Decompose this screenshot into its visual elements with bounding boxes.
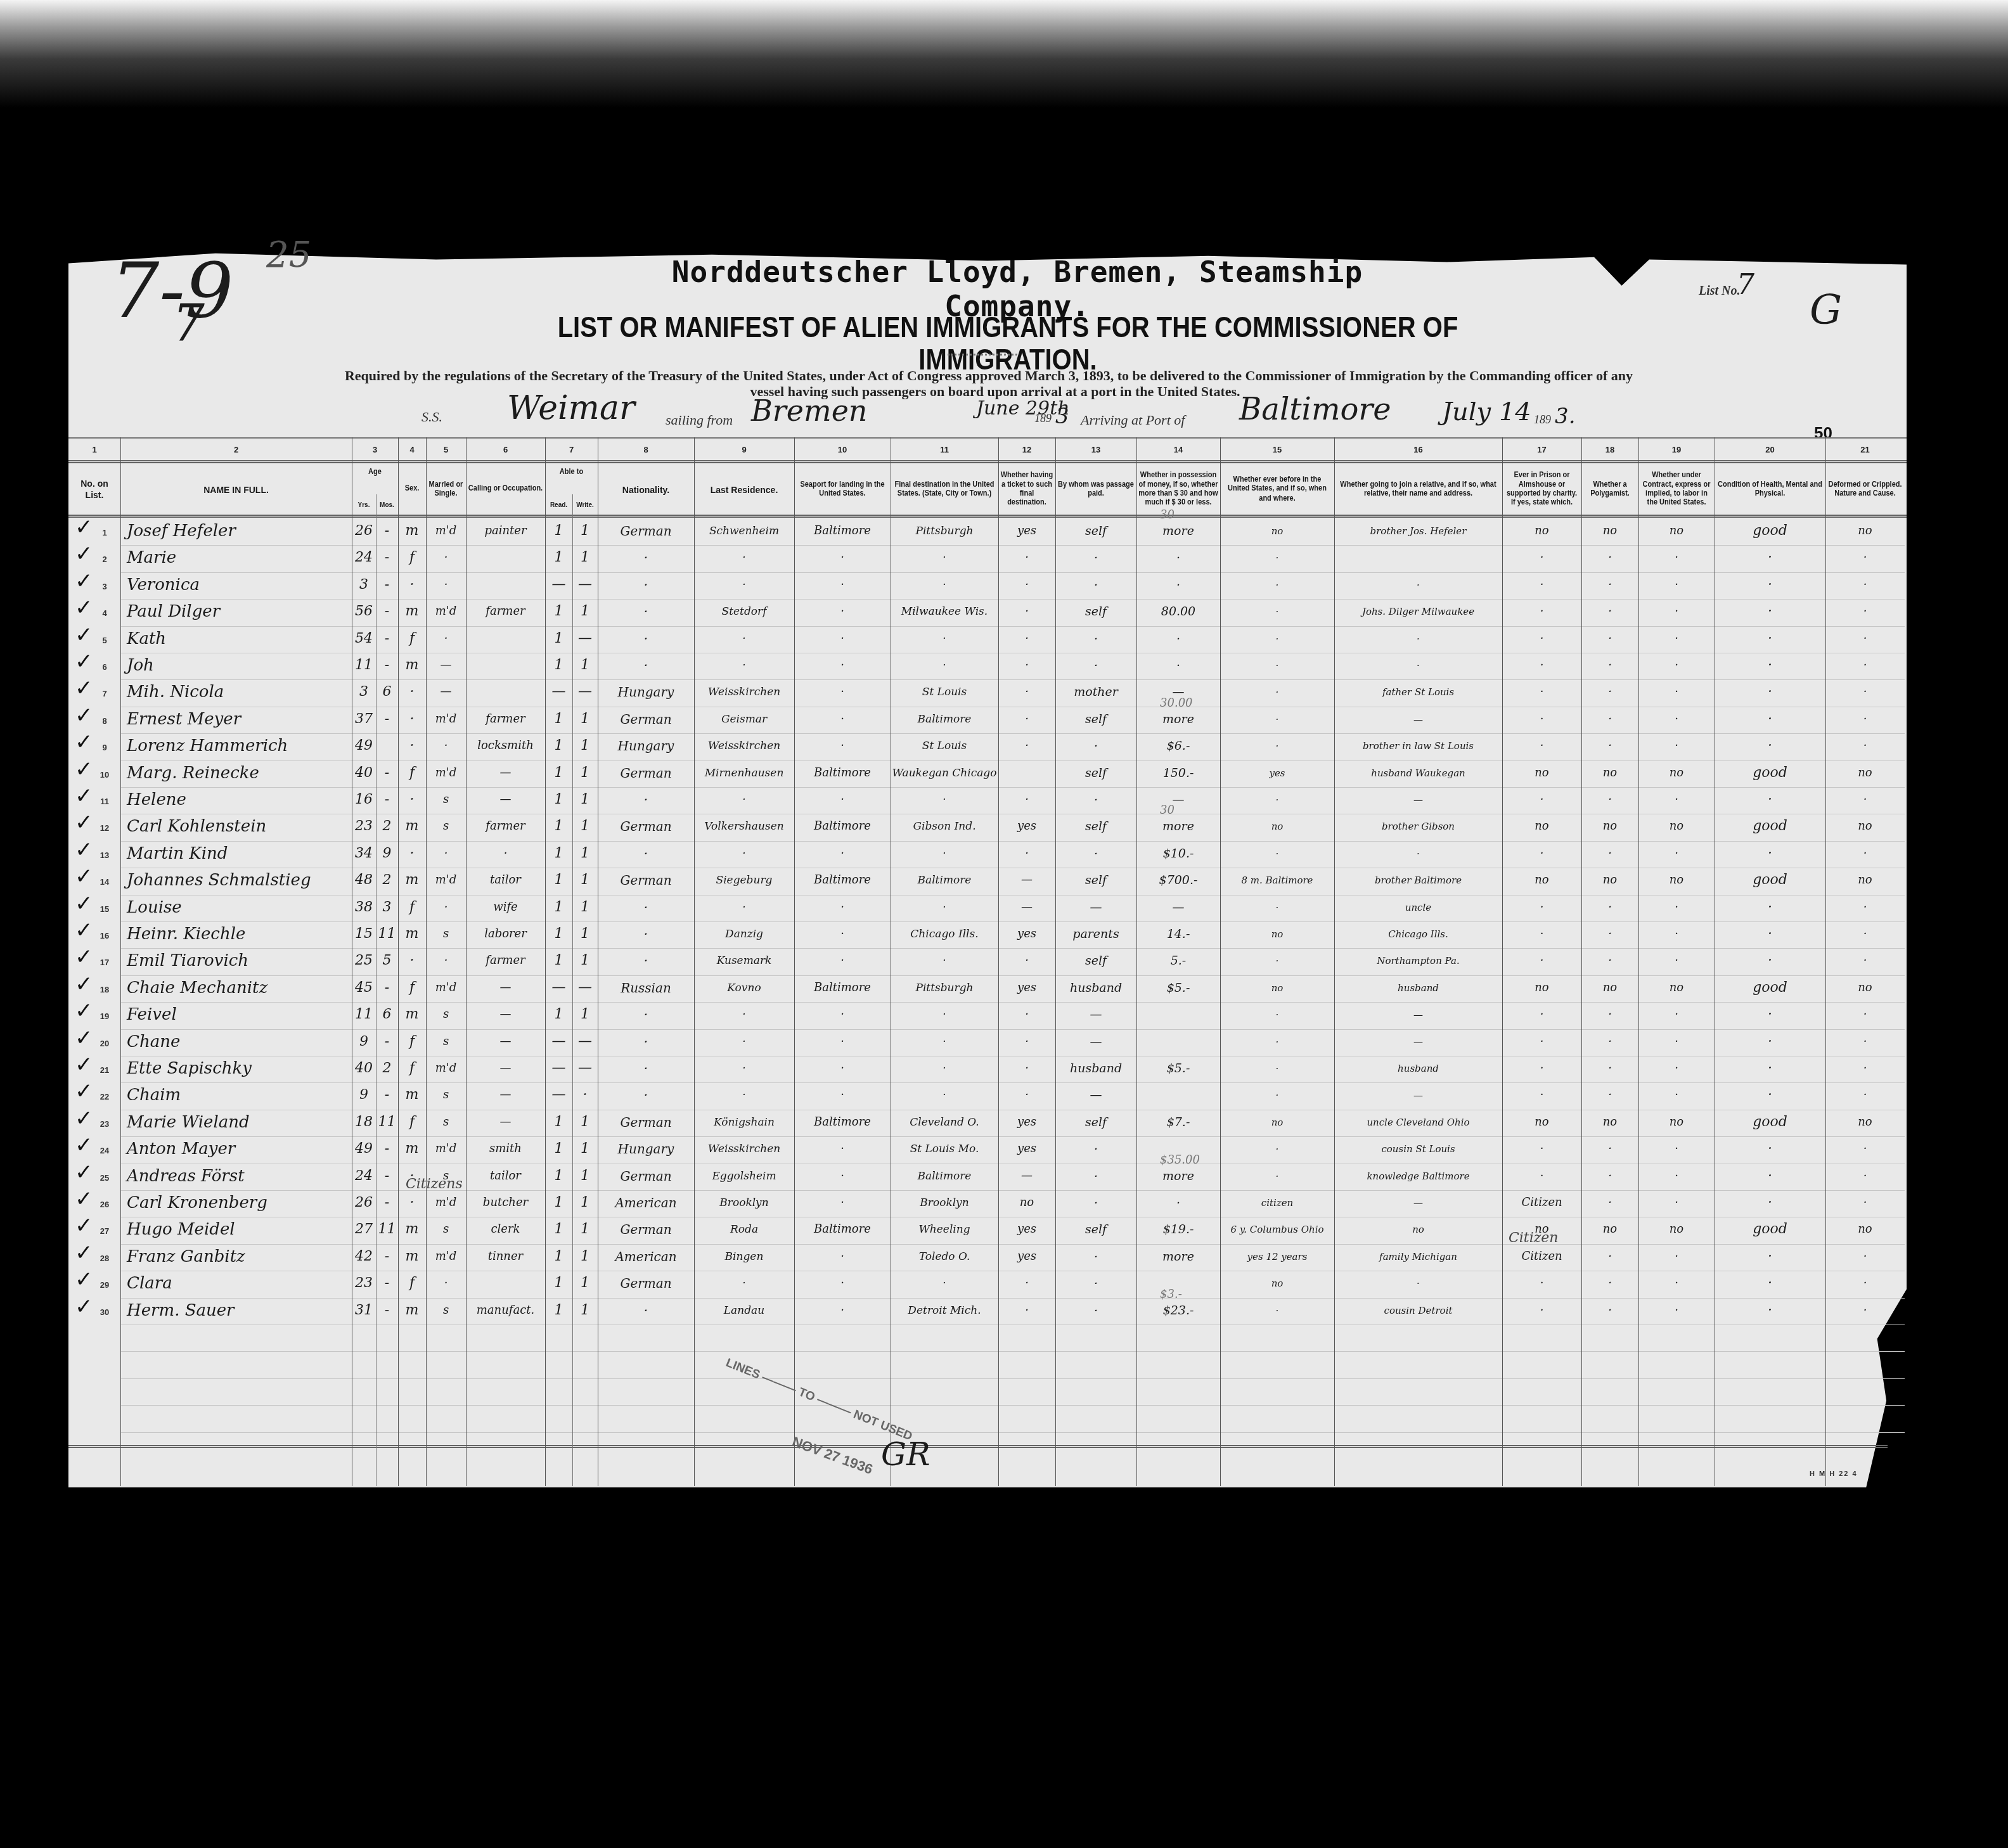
row-number: 17 (95, 948, 114, 973)
cell-dest: Brooklyn (891, 1190, 998, 1216)
cell-res: Danzig (694, 921, 794, 947)
cell-nat: German (598, 814, 694, 839)
cell-dest: Baltimore (891, 868, 998, 893)
cell-paid: — (1055, 1082, 1136, 1108)
cell-paid: self (1055, 707, 1136, 732)
cell-read: 1 (545, 868, 572, 893)
cell-sex: · (398, 1190, 426, 1216)
cell-paid: self (1055, 518, 1136, 544)
money-pencil-note: 30 (1160, 804, 1175, 817)
cell-yrs: 40 (352, 760, 376, 786)
cell-deformed: no (1825, 518, 1905, 544)
cell-write: 1 (572, 814, 598, 839)
cell-before: · (1220, 1164, 1334, 1189)
cell-mos: - (376, 653, 398, 678)
cell-write: 1 (572, 1217, 598, 1242)
cell-occ: — (466, 787, 545, 812)
cell-yrs: 31 (352, 1298, 376, 1323)
cell-before: · (1220, 787, 1334, 812)
cell-sex: f (398, 1271, 426, 1296)
cell-health: · (1715, 626, 1825, 651)
cell-nat: Hungary (598, 679, 694, 705)
cell-yrs: 16 (352, 787, 376, 812)
cell-read: 1 (545, 707, 572, 732)
year-digit-from: 3 (1055, 406, 1069, 427)
cell-write: 1 (572, 545, 598, 570)
cell-write: 1 (572, 653, 598, 678)
cell-read: — (545, 1029, 572, 1055)
cell-money: $5.- (1136, 975, 1220, 1001)
cell-relative: — (1334, 1029, 1502, 1055)
cell-money (1136, 1082, 1220, 1108)
cell-relative: — (1334, 787, 1502, 812)
cell-poly: · (1581, 653, 1638, 678)
cell-name: Emil Tiarovich (127, 948, 352, 973)
cell-nat: · (598, 1029, 694, 1055)
cell-ticket: yes (998, 1110, 1055, 1135)
cell-yrs: 56 (352, 599, 376, 624)
cell-money: more (1136, 1244, 1220, 1269)
cell-write: 1 (572, 1190, 598, 1216)
cell-deformed: · (1825, 1298, 1905, 1323)
checkmark-icon: ✓ (75, 622, 93, 648)
cell-read: 1 (545, 1136, 572, 1162)
checkmark-icon: ✓ (75, 1106, 93, 1131)
cell-write: 1 (572, 518, 598, 544)
cell-contract: · (1638, 707, 1715, 732)
cell-money: — (1136, 895, 1220, 920)
cell-deformed: · (1825, 895, 1905, 920)
cell-ms: s (426, 1082, 466, 1108)
cell-deformed: · (1825, 572, 1905, 598)
cell-yrs: 48 (352, 868, 376, 893)
row-number: 21 (95, 1056, 114, 1081)
cell-read: 1 (545, 545, 572, 570)
cell-health: good (1715, 975, 1825, 1001)
cell-dest: St Louis Mo. (891, 1136, 998, 1162)
cell-health: · (1715, 1029, 1825, 1055)
cell-money: $6.- (1136, 733, 1220, 759)
citizen-annotation: Citizens (406, 1176, 463, 1192)
cell-read: 1 (545, 1002, 572, 1027)
cell-yrs: 54 (352, 626, 376, 651)
cell-occ: — (466, 1110, 545, 1135)
row-number: 20 (95, 1029, 114, 1055)
cell-prison: no (1502, 975, 1581, 1001)
row-number: 8 (95, 707, 114, 732)
cell-port: · (794, 1298, 891, 1323)
cell-poly: · (1581, 1056, 1638, 1081)
cell-ms: · (426, 948, 466, 973)
checkmark-icon: ✓ (75, 998, 93, 1023)
cell-port: Baltimore (794, 975, 891, 1001)
cell-write: 1 (572, 1110, 598, 1135)
cell-res: Bingen (694, 1244, 794, 1269)
row-number: 1 (95, 518, 114, 544)
cell-read: 1 (545, 760, 572, 786)
cell-relative: · (1334, 572, 1502, 598)
cell-deformed: no (1825, 760, 1905, 786)
cell-ticket: · (998, 1056, 1055, 1081)
cell-contract: · (1638, 1298, 1715, 1323)
cell-ms: · (426, 626, 466, 651)
cell-write: — (572, 626, 598, 651)
cell-occ: · (466, 841, 545, 866)
cell-sex: · (398, 733, 426, 759)
cell-name: Herm. Sauer (127, 1298, 352, 1323)
cell-prison: · (1502, 1002, 1581, 1027)
cell-relative: husband (1334, 1056, 1502, 1081)
cell-relative: · (1334, 653, 1502, 678)
cell-port: · (794, 841, 891, 866)
cell-prison: · (1502, 707, 1581, 732)
cell-name: Louise (127, 895, 352, 920)
cell-read: 1 (545, 733, 572, 759)
cell-relative: Chicago Ills. (1334, 921, 1502, 947)
list-number-label: List No. (1699, 284, 1741, 298)
cell-ms: s (426, 1217, 466, 1242)
cell-deformed: · (1825, 1002, 1905, 1027)
arriving-label: Arriving at Port of (1081, 412, 1185, 428)
cell-port: · (794, 921, 891, 947)
row-number: 6 (95, 653, 114, 678)
cell-name: Anton Mayer (127, 1136, 352, 1162)
cell-ms: m'd (426, 707, 466, 732)
cell-port: · (794, 1002, 891, 1027)
column-header: Condition of Health, Mental and Physical… (1716, 461, 1824, 517)
cell-health: · (1715, 1190, 1825, 1216)
checkmark-icon: ✓ (75, 649, 93, 674)
cell-read: 1 (545, 1271, 572, 1296)
column-number: 5 (426, 440, 466, 459)
cell-contract: · (1638, 1056, 1715, 1081)
cell-money: $7.- (1136, 1110, 1220, 1135)
cell-contract: · (1638, 1244, 1715, 1269)
cell-ticket: · (998, 733, 1055, 759)
cell-relative: cousin Detroit (1334, 1298, 1502, 1323)
cell-mos: - (376, 1136, 398, 1162)
cell-res: Mirnenhausen (694, 760, 794, 786)
cell-write: — (572, 679, 598, 705)
cell-nat: · (598, 1298, 694, 1323)
cell-res: · (694, 787, 794, 812)
checkmark-icon: ✓ (75, 1267, 93, 1292)
checkmark-icon: ✓ (75, 783, 93, 809)
cell-before: · (1220, 1082, 1334, 1108)
cell-dest: · (891, 1082, 998, 1108)
cell-sex: · (398, 707, 426, 732)
cell-mos: - (376, 1190, 398, 1216)
cell-prison: no (1502, 868, 1581, 893)
cell-name: Heinr. Kiechle (127, 921, 352, 947)
cell-name: Ette Sapischky (127, 1056, 352, 1081)
cell-money: $5.- (1136, 1056, 1220, 1081)
cell-paid: · (1055, 572, 1136, 598)
row-number: 10 (95, 760, 114, 786)
cell-sex: m (398, 1002, 426, 1027)
cell-ms: · (426, 733, 466, 759)
cell-paid: · (1055, 733, 1136, 759)
cell-dest: · (891, 572, 998, 598)
cell-write: 1 (572, 1271, 598, 1296)
cell-dest: St Louis (891, 733, 998, 759)
cell-write: 1 (572, 921, 598, 947)
cell-contract: · (1638, 1271, 1715, 1296)
cell-prison: no (1502, 1110, 1581, 1135)
column-header: Whether in possession of money, if so, w… (1138, 461, 1218, 517)
cell-res: Landau (694, 1298, 794, 1323)
cell-dest: Toledo O. (891, 1244, 998, 1269)
cell-read: 1 (545, 1110, 572, 1135)
cell-dest: Pittsburgh (891, 975, 998, 1001)
cell-poly: · (1581, 787, 1638, 812)
cell-occ (466, 545, 545, 570)
checkmark-icon: ✓ (75, 729, 93, 755)
cell-contract: · (1638, 787, 1715, 812)
cell-relative: husband (1334, 975, 1502, 1001)
column-header: Deformed or Crippled. Nature and Cause. (1827, 461, 1903, 517)
column-header: NAME IN FULL. (122, 461, 350, 517)
cell-mos: 6 (376, 679, 398, 705)
cell-ms: s (426, 787, 466, 812)
column-header: Seaport for landing in the United States… (796, 461, 889, 517)
cell-write: 1 (572, 1002, 598, 1027)
cell-name: Marie (127, 545, 352, 570)
cell-poly: · (1581, 895, 1638, 920)
cell-money: more (1136, 518, 1220, 544)
cell-deformed: · (1825, 1164, 1905, 1189)
cell-contract: · (1638, 679, 1715, 705)
cell-dest: · (891, 626, 998, 651)
cell-ticket: yes (998, 975, 1055, 1001)
cell-contract: · (1638, 1136, 1715, 1162)
cell-nat: German (598, 518, 694, 544)
cell-money: — (1136, 787, 1220, 812)
cell-mos: 11 (376, 1217, 398, 1242)
cell-prison: · (1502, 1082, 1581, 1108)
cell-ms: · (426, 841, 466, 866)
cell-health: · (1715, 1271, 1825, 1296)
cell-before: · (1220, 1056, 1334, 1081)
cell-before: · (1220, 1298, 1334, 1323)
cell-deformed: no (1825, 975, 1905, 1001)
column-number: 20 (1715, 440, 1825, 459)
cell-mos: - (376, 787, 398, 812)
cell-paid: husband (1055, 975, 1136, 1001)
money-pencil-note: $35.00 (1160, 1153, 1200, 1167)
cell-prison: · (1502, 653, 1581, 678)
cell-health: · (1715, 1164, 1825, 1189)
cell-nat: German (598, 868, 694, 893)
cell-read: — (545, 975, 572, 1001)
row-number: 22 (95, 1082, 114, 1108)
cell-mos: - (376, 518, 398, 544)
money-pencil-note: $3.- (1160, 1288, 1182, 1301)
cell-port: · (794, 679, 891, 705)
cell-mos: - (376, 707, 398, 732)
cell-prison: · (1502, 1164, 1581, 1189)
cell-paid: self (1055, 868, 1136, 893)
column-number: 19 (1638, 440, 1715, 459)
cell-name: Marie Wieland (127, 1110, 352, 1135)
cell-occ: farmer (466, 599, 545, 624)
cell-contract: · (1638, 733, 1715, 759)
cell-mos: 9 (376, 841, 398, 866)
cell-read: 1 (545, 948, 572, 973)
cell-dest: · (891, 1271, 998, 1296)
cell-health: good (1715, 760, 1825, 786)
cell-before: · (1220, 1002, 1334, 1027)
cell-res: · (694, 1082, 794, 1108)
cell-paid: · (1055, 1190, 1136, 1216)
cell-port: Baltimore (794, 1217, 891, 1242)
cell-ticket: yes (998, 518, 1055, 544)
cell-ticket: — (998, 868, 1055, 893)
cell-deformed: · (1825, 1136, 1905, 1162)
cell-read: 1 (545, 1298, 572, 1323)
column-number: 21 (1825, 440, 1905, 459)
cell-health: · (1715, 707, 1825, 732)
cell-paid: · (1055, 1244, 1136, 1269)
cell-name: Franz Ganbitz (127, 1244, 352, 1269)
cell-nat: German (598, 760, 694, 786)
cell-dest: · (891, 1002, 998, 1027)
column-number: 2 (120, 440, 352, 459)
row-number: 3 (95, 572, 114, 598)
year-digit-to: 3. (1555, 406, 1575, 427)
cell-contract: no (1638, 518, 1715, 544)
cell-relative: uncle (1334, 895, 1502, 920)
cell-yrs: 3 (352, 572, 376, 598)
margin-note-small: 25 (266, 238, 311, 273)
row-number: 30 (95, 1298, 114, 1323)
row-number: 11 (95, 787, 114, 812)
cell-health: · (1715, 787, 1825, 812)
cell-read: 1 (545, 895, 572, 920)
cell-before: · (1220, 841, 1334, 866)
cell-paid: · (1055, 626, 1136, 651)
cell-ms: s (426, 1110, 466, 1135)
cell-sex: f (398, 760, 426, 786)
cell-mos (376, 733, 398, 759)
cell-sex: f (398, 626, 426, 651)
cell-mos: 2 (376, 1056, 398, 1081)
row-number: 23 (95, 1110, 114, 1135)
cell-port: · (794, 707, 891, 732)
cell-ticket: yes (998, 1136, 1055, 1162)
column-number: 15 (1220, 440, 1334, 459)
cell-before: · (1220, 707, 1334, 732)
cell-read: 1 (545, 1164, 572, 1189)
cell-nat: American (598, 1244, 694, 1269)
ship-name: Weimar (507, 392, 635, 425)
cell-before: no (1220, 975, 1334, 1001)
column-header: Whether going to join a relative, and if… (1336, 461, 1500, 517)
column-number: 11 (891, 440, 998, 459)
cell-ms: · (426, 1271, 466, 1296)
cell-occ: laborer (466, 921, 545, 947)
cell-health: · (1715, 733, 1825, 759)
column-header: Nationality. (600, 461, 692, 517)
cell-before: · (1220, 679, 1334, 705)
cell-name: Hugo Meidel (127, 1217, 352, 1242)
port-from: Bremen (751, 396, 867, 425)
cell-sex: · (398, 948, 426, 973)
cell-mos: 11 (376, 1110, 398, 1135)
cell-prison: · (1502, 895, 1581, 920)
cell-port: · (794, 895, 891, 920)
cell-mos: 3 (376, 895, 398, 920)
cell-nat: · (598, 787, 694, 812)
cell-yrs: 24 (352, 1164, 376, 1189)
cell-relative: no (1334, 1217, 1502, 1242)
cell-deformed: · (1825, 733, 1905, 759)
cell-occ: farmer (466, 707, 545, 732)
cell-sex: m (398, 868, 426, 893)
cell-write: — (572, 572, 598, 598)
cell-name: Joh (127, 653, 352, 678)
cell-paid: self (1055, 760, 1136, 786)
checkmark-icon: ✓ (75, 1133, 93, 1158)
printer-mark: H M H 22 4 (1810, 1470, 1858, 1478)
cell-dest: St Louis (891, 679, 998, 705)
cell-prison: · (1502, 1056, 1581, 1081)
cell-name: Chane (127, 1029, 352, 1055)
cell-ticket: · (998, 626, 1055, 651)
cell-sex: f (398, 1056, 426, 1081)
cell-deformed: · (1825, 1082, 1905, 1108)
cell-nat: American (598, 1190, 694, 1216)
regulation-text-line1: Required by the regulations of the Secre… (177, 368, 1800, 384)
checkmark-icon: ✓ (75, 1079, 93, 1104)
column-number: 1 (68, 440, 120, 459)
cell-res: · (694, 653, 794, 678)
cell-mos: - (376, 1244, 398, 1269)
cell-nat: · (598, 895, 694, 920)
column-number: 18 (1581, 440, 1638, 459)
cell-health: good (1715, 814, 1825, 839)
cell-ms: m'd (426, 518, 466, 544)
cell-prison: no (1502, 814, 1581, 839)
cell-mos: - (376, 599, 398, 624)
cell-relative: uncle Cleveland Ohio (1334, 1110, 1502, 1135)
port-to: Baltimore (1239, 394, 1391, 425)
cell-mos: - (376, 1164, 398, 1189)
row-rule (120, 1325, 1905, 1325)
cell-read: — (545, 1056, 572, 1081)
cell-write: 1 (572, 948, 598, 973)
cell-relative: cousin St Louis (1334, 1136, 1502, 1162)
cell-read: 1 (545, 626, 572, 651)
cell-nat: German (598, 1164, 694, 1189)
cell-deformed: · (1825, 787, 1905, 812)
row-number: 24 (95, 1136, 114, 1162)
cell-poly: no (1581, 975, 1638, 1001)
cell-health: · (1715, 1298, 1825, 1323)
cell-occ: tailor (466, 868, 545, 893)
column-header: Whether under Contract, express or impli… (1640, 461, 1713, 517)
cell-nat: · (598, 921, 694, 947)
cell-yrs: 37 (352, 707, 376, 732)
cell-sex: · (398, 572, 426, 598)
cell-res: Siegeburg (694, 868, 794, 893)
cell-res: · (694, 1002, 794, 1027)
cell-name: Chaie Mechanitz (127, 975, 352, 1001)
cell-relative: · (1334, 1271, 1502, 1296)
cell-poly: · (1581, 1298, 1638, 1323)
checkmark-icon: ✓ (75, 1186, 93, 1212)
cell-res: · (694, 1056, 794, 1081)
